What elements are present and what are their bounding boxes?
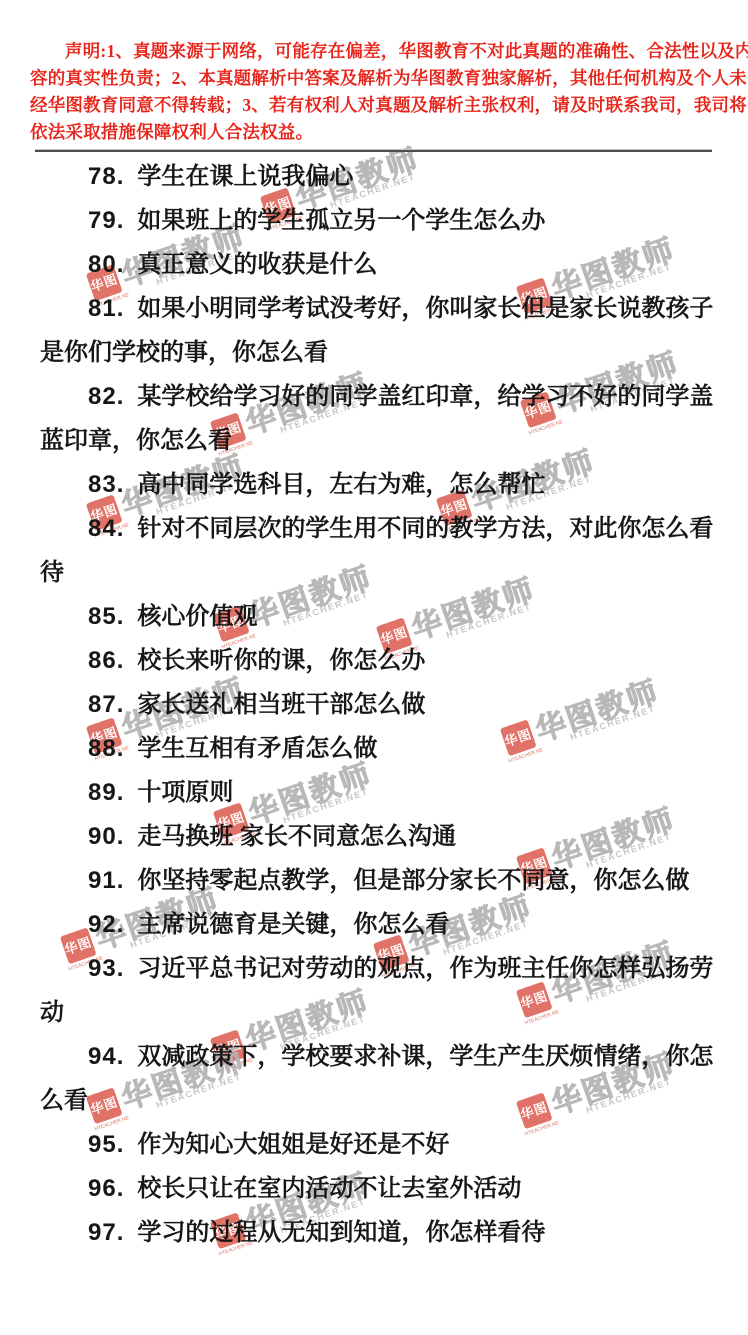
question-line: 79.如果班上的学生孤立另一个学生怎么办 — [40, 199, 720, 243]
question-number: 90. — [88, 823, 124, 850]
question-text: 学生在课上说我偏心 — [137, 163, 353, 190]
question-text: 针对不同层次的学生用不同的教学方法，对此你怎么看 — [137, 515, 713, 542]
question-number: 89. — [88, 779, 124, 806]
question-line: 96.校长只让在室内活动不让去室外活动 — [40, 1167, 720, 1211]
question-line: 蓝印章，你怎么看 — [40, 419, 720, 463]
question-text: 双减政策下，学校要求补课，学生产生厌烦情绪，你怎 — [137, 1043, 713, 1070]
question-number: 82. — [88, 383, 124, 410]
question-line: 92.主席说德育是关键，你怎么看 — [40, 903, 720, 947]
question-text: 你坚持零起点教学，但是部分家长不同意，你怎么做 — [137, 867, 689, 894]
question-text: 核心价值观 — [137, 603, 257, 630]
disclaimer-text: 依法采取措施保障权利人合法权益。 — [30, 122, 313, 142]
disclaimer: 声明:1、真题来源于网络，可能存在偏差，华图教育不对此真题的准确性、合法性以及内… — [30, 38, 722, 146]
question-text: 走马换班 家长不同意怎么沟通 — [137, 823, 456, 850]
question-text: 习近平总书记对劳动的观点，作为班主任你怎样弘扬劳 — [137, 955, 713, 982]
question-text: 作为知心大姐姐是好还是不好 — [137, 1131, 449, 1158]
question-number: 94. — [88, 1043, 124, 1070]
question-line: 94.双减政策下，学校要求补课，学生产生厌烦情绪，你怎 — [40, 1035, 720, 1079]
question-text: 学生互相有矛盾怎么做 — [137, 735, 377, 762]
disclaimer-text: 容的真实性负责；2、本真题解析中答案及解析为华图教育独家解析，其他任何机构及个人… — [30, 68, 747, 88]
question-line: 89.十项原则 — [40, 771, 720, 815]
question-text: 家长送礼相当班干部怎么做 — [137, 691, 425, 718]
question-line: 84.针对不同层次的学生用不同的教学方法，对此你怎么看 — [40, 507, 720, 551]
question-number: 79. — [88, 207, 124, 234]
question-text: 如果小明同学考试没考好，你叫家长但是家长说教孩子 — [137, 295, 713, 322]
question-text: 动 — [40, 999, 64, 1026]
question-line: 动 — [40, 991, 720, 1035]
disclaimer-line: 依法采取措施保障权利人合法权益。 — [30, 119, 722, 146]
question-line: 78.学生在课上说我偏心 — [40, 155, 720, 199]
disclaimer-line: 经华图教育同意不得转载；3、若有权利人对真题及解析主张权利，请及时联系我司，我司… — [30, 92, 722, 119]
question-line: 81.如果小明同学考试没考好，你叫家长但是家长说教孩子 — [40, 287, 720, 331]
question-line: 95.作为知心大姐姐是好还是不好 — [40, 1123, 720, 1167]
question-line: 85.核心价值观 — [40, 595, 720, 639]
question-list: 78.学生在课上说我偏心79.如果班上的学生孤立另一个学生怎么办80.真正意义的… — [40, 155, 720, 1255]
question-line: 97.学习的过程从无知到知道，你怎样看待 — [40, 1211, 720, 1255]
section-divider — [35, 149, 712, 152]
disclaimer-line: 容的真实性负责；2、本真题解析中答案及解析为华图教育独家解析，其他任何机构及个人… — [30, 65, 722, 92]
question-text: 待 — [40, 559, 64, 586]
question-number: 96. — [88, 1175, 124, 1202]
question-number: 88. — [88, 735, 124, 762]
question-number: 84. — [88, 515, 124, 542]
question-line: 91.你坚持零起点教学，但是部分家长不同意，你怎么做 — [40, 859, 720, 903]
disclaimer-line: 声明:1、真题来源于网络，可能存在偏差，华图教育不对此真题的准确性、合法性以及内 — [30, 38, 722, 65]
question-line: 90.走马换班 家长不同意怎么沟通 — [40, 815, 720, 859]
question-line: 88.学生互相有矛盾怎么做 — [40, 727, 720, 771]
question-text: 十项原则 — [137, 779, 233, 806]
disclaimer-label: 声明: — [65, 41, 106, 61]
question-number: 85. — [88, 603, 124, 630]
question-number: 92. — [88, 911, 124, 938]
question-text: 么看 — [40, 1087, 88, 1114]
question-line: 93.习近平总书记对劳动的观点，作为班主任你怎样弘扬劳 — [40, 947, 720, 991]
question-number: 95. — [88, 1131, 124, 1158]
question-line: 86.校长来听你的课，你怎么办 — [40, 639, 720, 683]
disclaimer-text: 经华图教育同意不得转载；3、若有权利人对真题及解析主张权利，请及时联系我司，我司… — [30, 95, 747, 115]
question-number: 93. — [88, 955, 124, 982]
question-text: 校长只让在室内活动不让去室外活动 — [137, 1175, 521, 1202]
question-line: 是你们学校的事，你怎么看 — [40, 331, 720, 375]
question-number: 87. — [88, 691, 124, 718]
question-number: 86. — [88, 647, 124, 674]
question-number: 83. — [88, 471, 124, 498]
question-number: 97. — [88, 1219, 124, 1246]
question-text: 某学校给学习好的同学盖红印章，给学习不好的同学盖 — [137, 383, 713, 410]
question-line: 82.某学校给学习好的同学盖红印章，给学习不好的同学盖 — [40, 375, 720, 419]
question-number: 81. — [88, 295, 124, 322]
question-text: 高中同学选科目，左右为难，怎么帮忙 — [137, 471, 545, 498]
question-text: 主席说德育是关键，你怎么看 — [137, 911, 449, 938]
question-line: 待 — [40, 551, 720, 595]
question-line: 么看 — [40, 1079, 720, 1123]
question-number: 91. — [88, 867, 124, 894]
question-text: 如果班上的学生孤立另一个学生怎么办 — [137, 207, 545, 234]
document-page: 声明:1、真题来源于网络，可能存在偏差，华图教育不对此真题的准确性、合法性以及内… — [0, 0, 748, 1255]
question-text: 学习的过程从无知到知道，你怎样看待 — [137, 1219, 545, 1246]
question-line: 80.真正意义的收获是什么 — [40, 243, 720, 287]
question-number: 78. — [88, 163, 124, 190]
question-line: 87.家长送礼相当班干部怎么做 — [40, 683, 720, 727]
question-text: 蓝印章，你怎么看 — [40, 427, 232, 454]
disclaimer-text: 1、真题来源于网络，可能存在偏差，华图教育不对此真题的准确性、合法性以及内 — [106, 41, 748, 61]
question-number: 80. — [88, 251, 124, 278]
question-line: 83.高中同学选科目，左右为难，怎么帮忙 — [40, 463, 720, 507]
question-text: 真正意义的收获是什么 — [137, 251, 377, 278]
question-text: 校长来听你的课，你怎么办 — [137, 647, 425, 674]
question-text: 是你们学校的事，你怎么看 — [40, 339, 328, 366]
